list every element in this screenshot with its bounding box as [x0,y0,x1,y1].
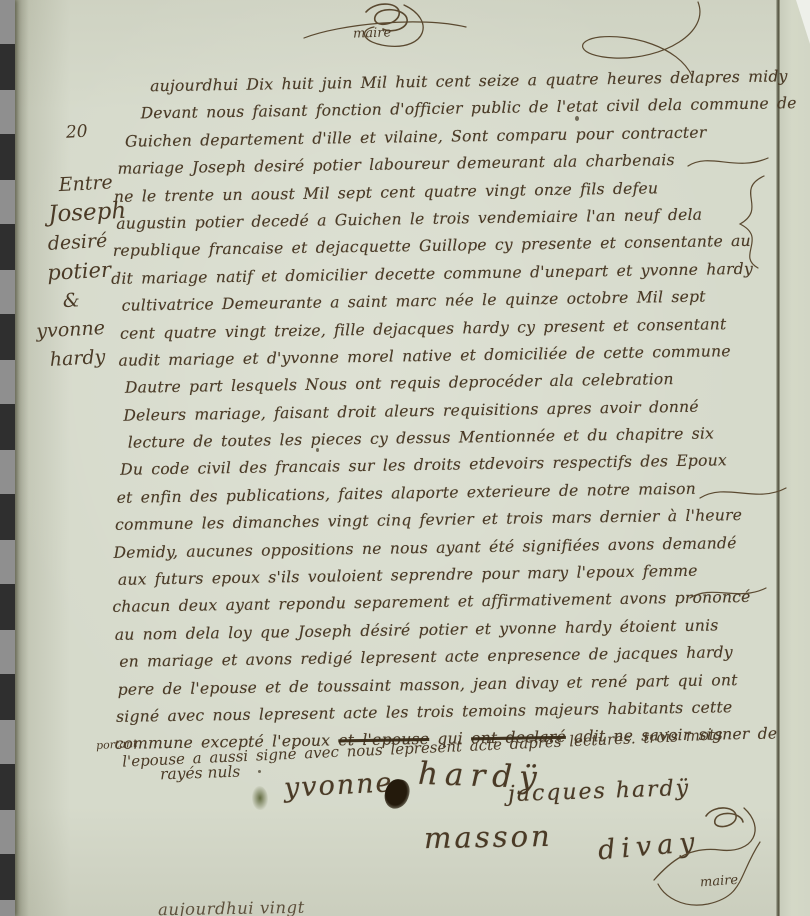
ink-speck [575,116,579,121]
maire-label-top: maire [353,25,392,41]
next-act-fragment: aujourdhui vingt [158,898,305,916]
signature-yvonne: yvonne [283,767,394,804]
adjacent-page-sliver [780,0,810,916]
renvoi-margin-word: portant [96,737,138,752]
ink-smudge [252,786,268,810]
signature-masson: masson [424,819,553,855]
register-page-scan: maire 20 Entre Joseph desiré potier & yv… [0,0,810,916]
ink-speck [258,770,261,773]
ink-speck [316,448,319,452]
microfilm-edge-strip [0,0,15,916]
rayes-nuls-note: rayés nuls [160,763,241,784]
maire-label-bottom: maire [700,873,739,891]
act-body-text: aujourdhui Dix huit juin Mil huit cent s… [104,63,787,758]
